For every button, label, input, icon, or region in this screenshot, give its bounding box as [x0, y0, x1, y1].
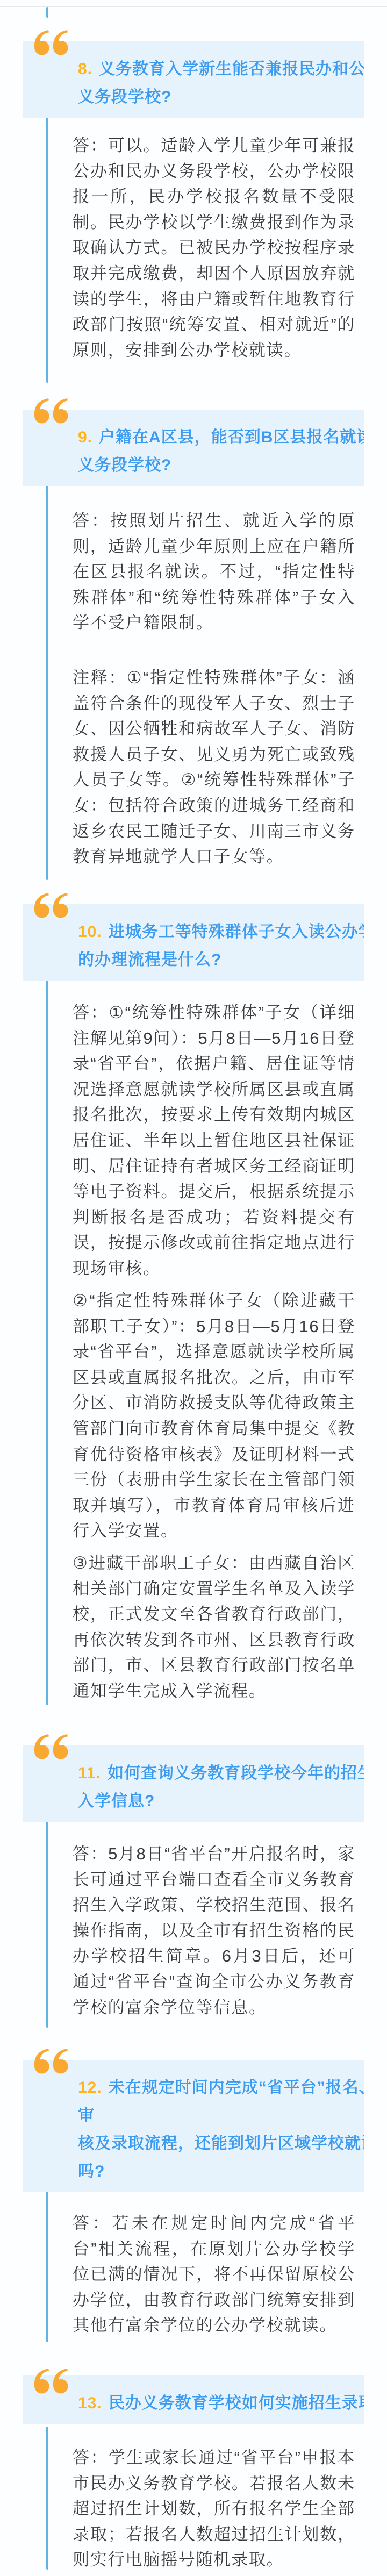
question-box: 11.如何查询义务教育段学校今年的招生 入学信息? — [23, 1745, 364, 1822]
question-title-line: 义务段学校? — [78, 452, 364, 480]
question-text: 户籍在A区县，能否到B区县报名就读 — [99, 428, 364, 446]
answer-paragraph: 答：可以。适龄入学儿童少年可兼报公办和民办义务段学校，公办学校限报一所，民办学校… — [73, 133, 355, 363]
accent-line — [46, 461, 48, 880]
answer-paragraph: ②“指定性特殊群体子女（除进藏干部职工子女）”：5月8日—5月16日登录“省平台… — [73, 1288, 355, 1544]
accent-line — [46, 955, 48, 1705]
question-box: 10.进城务工等特殊群体子女入读公办学校 的办理流程是什么? — [23, 904, 364, 981]
answer-paragraph: 答：学生或家长通过“省平台”申报本市民办义务教育学校。若报名人数未超过招生计划数… — [73, 2445, 355, 2573]
top-divider — [0, 6, 387, 7]
note-paragraph: 注释：①“指定性特殊群体”子女：涵盖符合条件的现役军人子女、烈士子女、因公牺牲和… — [73, 665, 355, 870]
question-title-line: 的办理流程是什么? — [78, 946, 364, 974]
question-title-line: 入学信息? — [78, 1787, 364, 1815]
answer-paragraph: ③进藏干部职工子女：由西藏自治区相关部门确定安置学生名单及入读学校，正式发文至各… — [73, 1550, 355, 1704]
question-text: 未在规定时间内完成“省平台”报名、 — [109, 2079, 364, 2096]
question-number: 8. — [78, 60, 92, 78]
question-text: 如何查询义务教育段学校今年的招生 — [107, 1764, 364, 1782]
question-number: 11. — [78, 1764, 101, 1782]
question-number: 13. — [78, 2394, 102, 2412]
question-text: 进城务工等特殊群体子女入读公办学校 — [109, 923, 364, 941]
question-text: 义务教育入学新生能否兼报民办和公办 — [99, 60, 364, 78]
question-title-line: 吗? — [78, 2158, 364, 2186]
question-title-line: 审 — [78, 2102, 364, 2130]
answer-paragraph: 答：若未在规定时间内完成“省平台”相关流程，在原划片公办学校学位已满的情况下，将… — [73, 2210, 355, 2338]
quote-icon — [33, 892, 69, 918]
quote-icon — [33, 2368, 69, 2394]
question-box: 8.义务教育入学新生能否兼报民办和公办 义务段学校? — [23, 41, 364, 118]
question-title-line: 8.义务教育入学新生能否兼报民办和公办 — [78, 55, 364, 83]
question-number: 9. — [78, 428, 92, 446]
question-title-line: 9.户籍在A区县，能否到B区县报名就读 — [78, 424, 364, 452]
answer-paragraph: 答：①“统筹性特殊群体”子女（详细注解见第9问）：5月8日—5月16日登录“省平… — [73, 1000, 355, 1282]
article-page: 8.义务教育入学新生能否兼报民办和公办 义务段学校? 答：可以。适龄入学儿童少年… — [0, 0, 387, 2576]
question-box: 12.未在规定时间内完成“省平台”报名、 审 核及录取流程，还能到划片区域学校就… — [23, 2060, 364, 2192]
accent-line — [46, 92, 48, 383]
answer-paragraph: 答：按照划片招生、就近入学的原则，适龄儿童少年原则上应在户籍所在区县报名就读。不… — [73, 508, 355, 636]
accent-line — [46, 1797, 48, 2028]
quote-icon — [33, 2048, 69, 2074]
question-title-line: 11.如何查询义务教育段学校今年的招生 — [78, 1759, 364, 1787]
question-number: 10. — [78, 923, 102, 941]
quote-icon — [33, 1734, 69, 1759]
question-box: 13.民办义务教育学校如何实施招生录取? — [23, 2375, 364, 2424]
quote-icon — [33, 30, 69, 55]
answer-paragraph: 答：5月8日“省平台”开启报名时，家长可通过平台端口查看全市义务教育招生入学政策… — [73, 1841, 355, 2020]
quote-icon — [33, 398, 69, 424]
question-title-line: 10.进城务工等特殊群体子女入读公办学校 — [78, 918, 364, 946]
question-title-line: 义务段学校? — [78, 83, 364, 111]
question-title-line: 12.未在规定时间内完成“省平台”报名、 — [78, 2074, 364, 2102]
question-text: 民办义务教育学校如何实施招生录取? — [109, 2394, 364, 2412]
question-title-line: 13.民办义务教育学校如何实施招生录取? — [78, 2389, 364, 2417]
question-title-line: 核及录取流程，还能到划片区域学校就读 — [78, 2130, 364, 2158]
accent-line-stub — [46, 7, 48, 18]
question-box: 9.户籍在A区县，能否到B区县报名就读 义务段学校? — [23, 410, 364, 486]
question-number: 12. — [78, 2079, 102, 2096]
accent-line — [46, 2427, 48, 2570]
